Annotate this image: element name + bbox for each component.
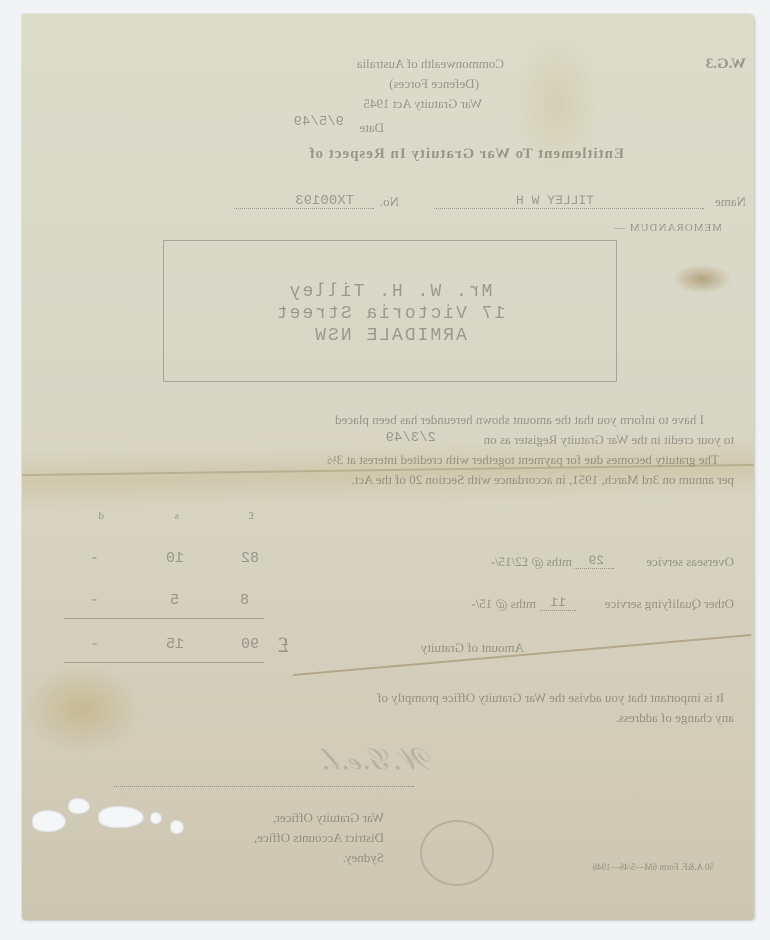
row-pounds: 8 — [240, 592, 249, 609]
signatory-line2: District Accounts Office, — [254, 830, 384, 846]
row-pence: - — [90, 592, 99, 609]
name-value: TILLEY W H — [516, 193, 594, 208]
date-value: 9/5/49 — [294, 114, 344, 130]
row-pounds: 90 — [241, 636, 259, 653]
credit-date: 2/3/49 — [386, 430, 436, 446]
currency-symbol: £ — [278, 632, 289, 658]
address-line2: 17 Victoria Street — [164, 303, 616, 325]
form-code: W.G.3 — [706, 56, 746, 73]
row-pence: - — [90, 636, 99, 653]
notice-line1: It is important that you advise the War … — [377, 690, 724, 706]
subtotal-rule — [64, 618, 264, 619]
row-months: 29 — [588, 553, 604, 568]
address-line1: Mr. W. H. Tilley — [164, 281, 616, 303]
row-pounds: 82 — [241, 550, 259, 567]
document-title: Entitlement To War Gratuity In Respect o… — [309, 146, 624, 163]
row-pence: - — [90, 550, 99, 567]
row-shillings: 15 — [166, 636, 184, 653]
number-field: TX00193 — [234, 192, 374, 209]
row-months: 11 — [550, 595, 566, 610]
column-shillings: s — [175, 510, 179, 522]
signatory-line3: Sydney. — [343, 850, 384, 866]
header-line2: (Defence Forces) — [389, 76, 479, 92]
number-label: No. — [380, 194, 399, 210]
row-rate: mths @ £2/15/- — [491, 554, 572, 570]
row-shillings: 5 — [170, 592, 179, 609]
row-label: Other Qualifying service — [605, 596, 734, 612]
number-value: TX00193 — [295, 193, 354, 209]
name-label: Name — [715, 194, 746, 210]
body-line3: The gratuity becomes due for payment tog… — [327, 452, 719, 468]
months-field: 29 — [574, 552, 614, 569]
body-line1: I have to inform you that the amount sho… — [335, 412, 704, 428]
address-window: Mr. W. H. Tilley 17 Victoria Street ARMI… — [163, 240, 617, 382]
column-pence: d — [99, 510, 105, 522]
printer-note: 50 A.&F. Form 6M—5/46—1946 — [592, 862, 714, 872]
row-rate: mths @ 15/- — [471, 596, 536, 612]
memorandum-label: MEMORANDUM — — [613, 222, 722, 234]
body-line4: per annum on 3rd March, 1951, in accorda… — [351, 472, 734, 488]
header-line3: War Gratuity Act 1945 — [364, 96, 482, 112]
row-shillings: 10 — [166, 550, 184, 567]
date-label: Date — [359, 120, 384, 136]
name-field: TILLEY W H — [434, 192, 704, 209]
column-pounds: £ — [249, 510, 255, 522]
mirrored-text-layer: W.G.3 Commonwealth of Australia (Defence… — [22, 14, 754, 920]
body-line2-prefix: to your credit in the War Gratuity Regis… — [484, 432, 734, 448]
row-label: Amount of Gratuity — [421, 640, 524, 656]
signatory-line1: War Gratuity Officer, — [273, 810, 384, 826]
months-field: 11 — [540, 594, 576, 611]
notice-line2: any change of address. — [616, 710, 734, 726]
header-line1: Commonwealth of Australia — [357, 56, 504, 72]
signature: 𝒲.𝒢.ℯ.𝓁. — [321, 742, 434, 777]
office-stamp — [420, 820, 494, 886]
total-rule — [64, 662, 264, 663]
address-line3: ARMIDALE NSW — [164, 325, 616, 347]
signature-line — [114, 784, 414, 787]
row-label: Overseas service — [646, 554, 734, 570]
